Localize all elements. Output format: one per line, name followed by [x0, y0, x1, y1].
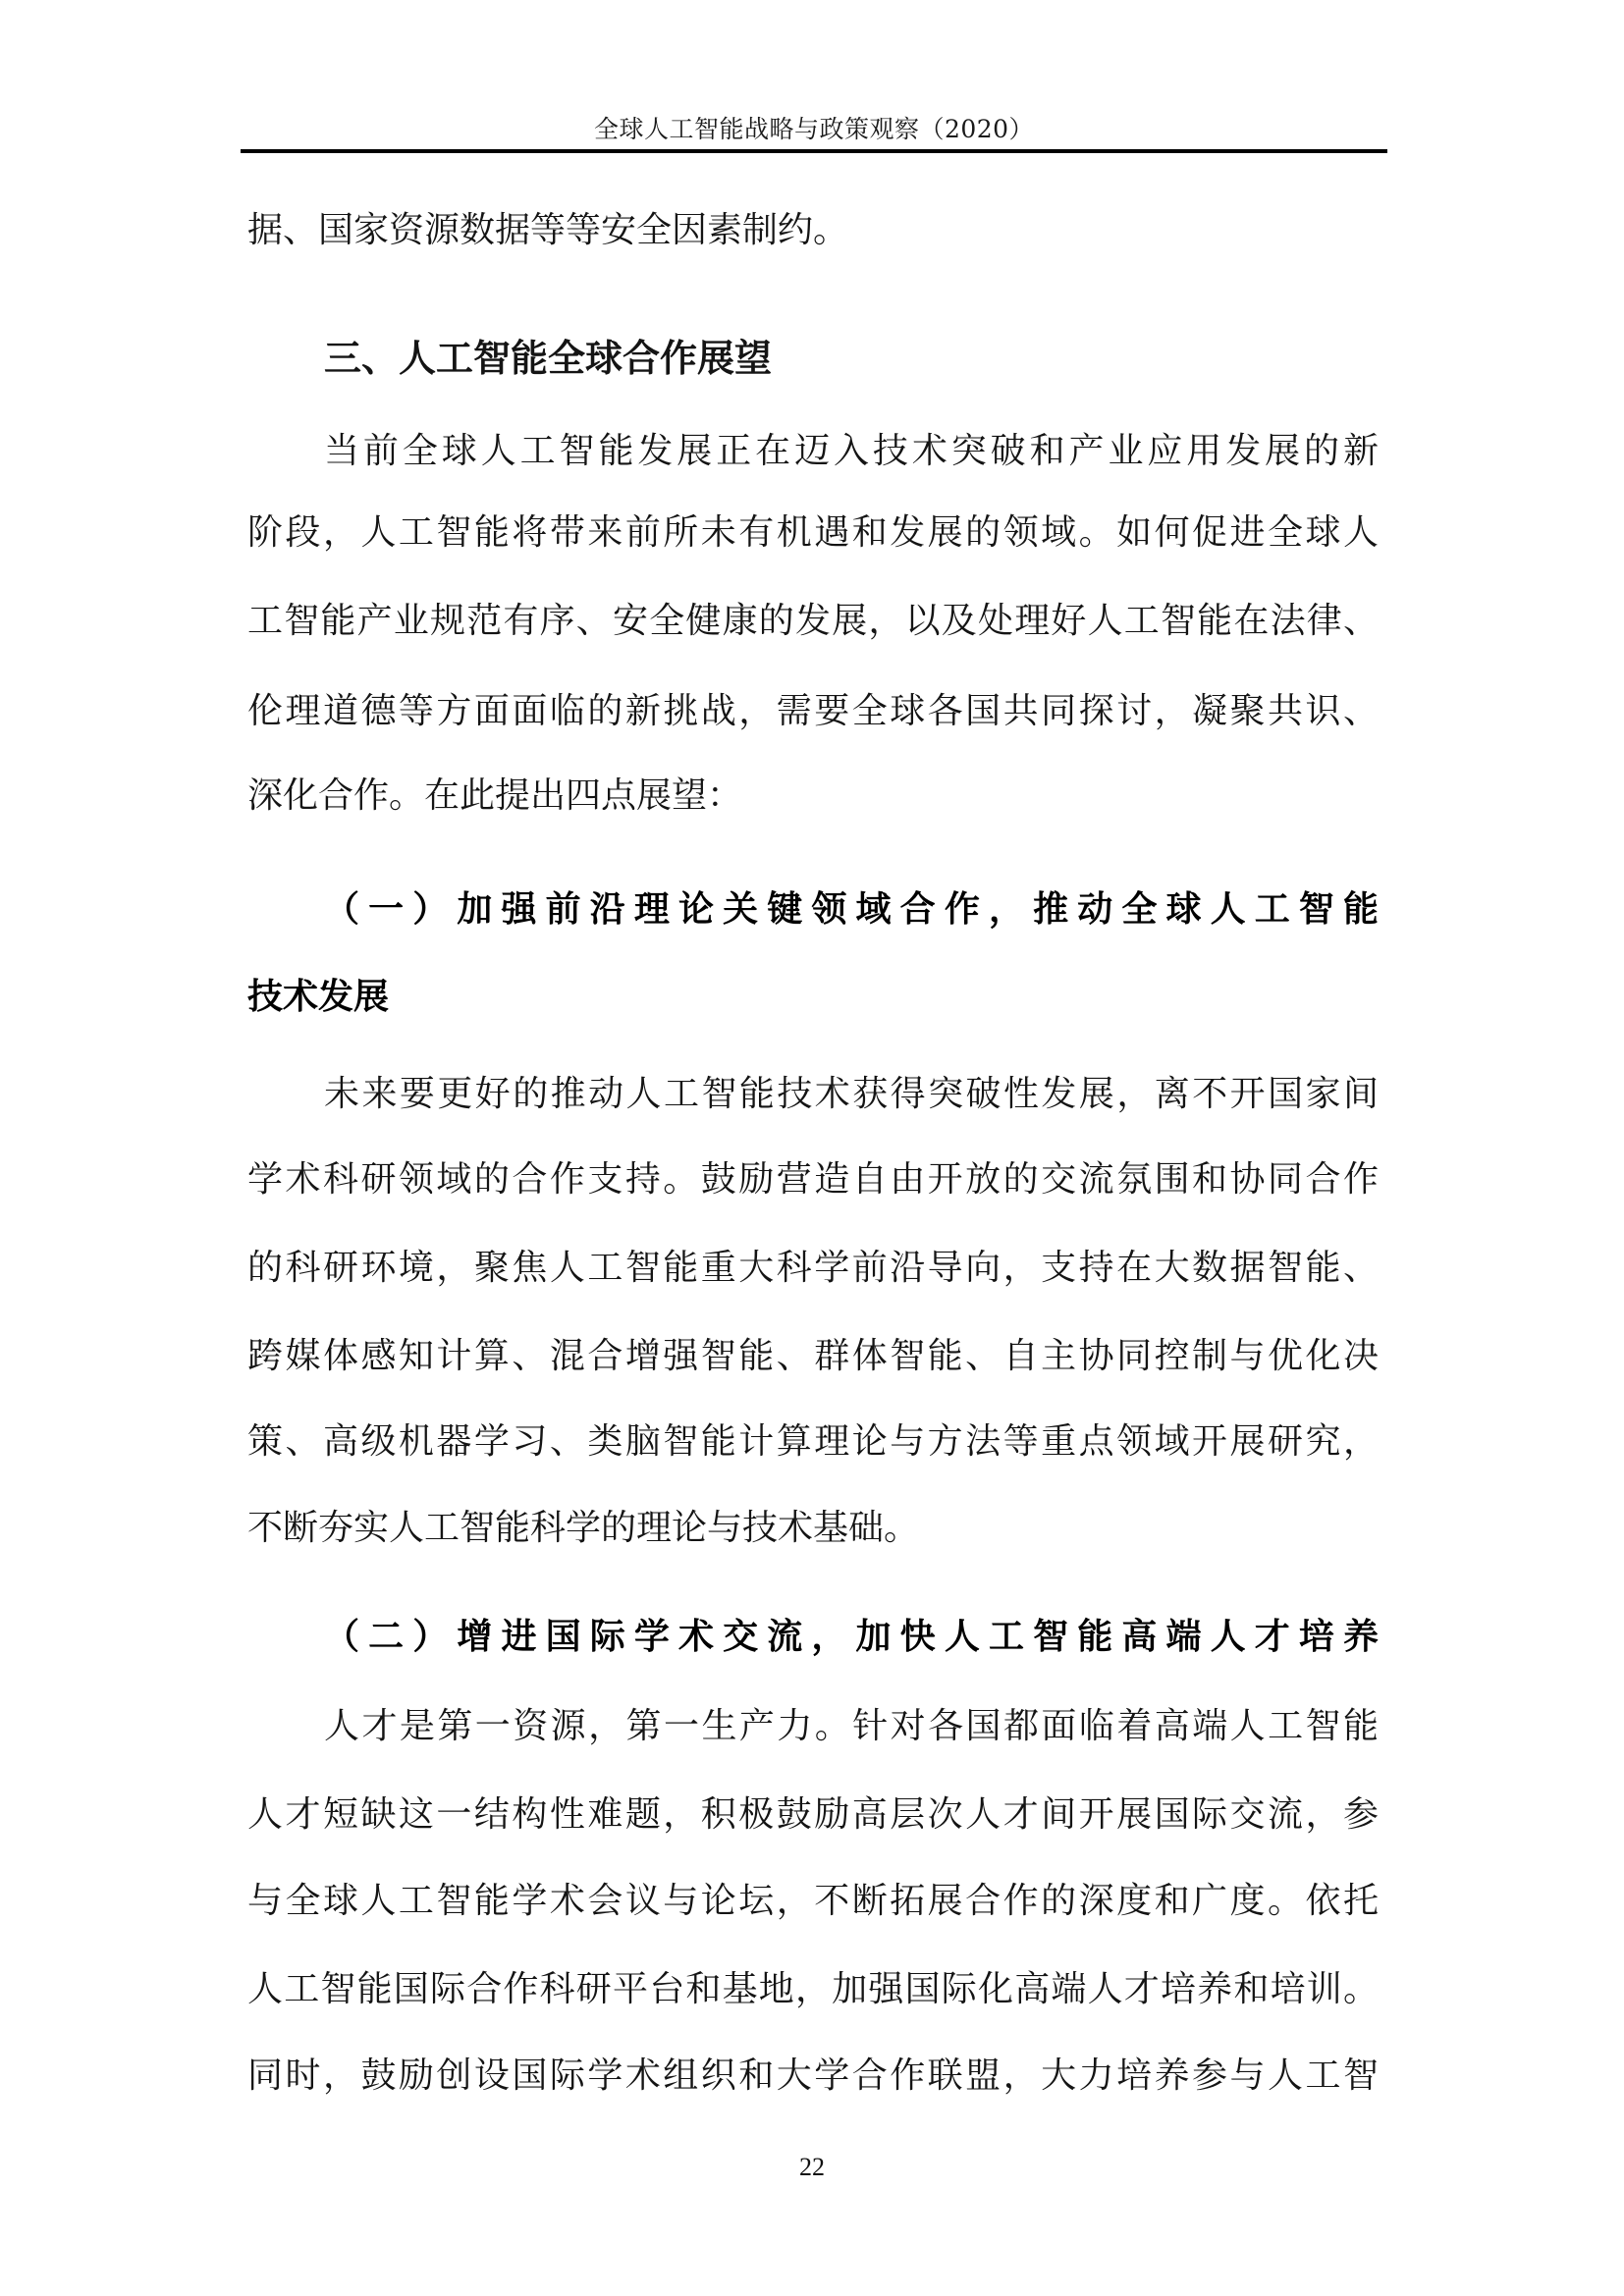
carryover-line: 据、国家资源数据等等安全因素制约。: [247, 201, 1379, 260]
subsection-1-line: 学术科研领域的合作支持。鼓励营造自由开放的交流氛围和协同合作: [247, 1150, 1379, 1209]
subsection-1-line: 跨媒体感知计算、混合增强智能、群体智能、自主协同控制与优化决: [247, 1327, 1379, 1386]
intro-line: 当前全球人工智能发展正在迈入技术突破和产业应用发展的新: [324, 422, 1379, 481]
page-number: 22: [0, 2150, 1624, 2185]
subsection-2-line: 人才是第一资源，第一生产力。针对各国都面临着高端人工智能: [324, 1697, 1379, 1756]
intro-line: 伦理道德等方面面临的新挑战，需要全球各国共同探讨，凝聚共识、: [247, 682, 1379, 741]
subsection-1-line: 的科研环境，聚焦人工智能重大科学前沿导向，支持在大数据智能、: [247, 1239, 1379, 1298]
subsection-2-line: 与全球人工智能学术会议与论坛，不断拓展合作的深度和广度。依托: [247, 1872, 1379, 1931]
intro-line: 工智能产业规范有序、安全健康的发展，以及处理好人工智能在法律、: [247, 592, 1379, 651]
subsection-2-heading: （二）增进国际学术交流，加快人工智能高端人才培养: [324, 1608, 1379, 1667]
page-header-title: 全球人工智能战略与政策观察（2020）: [241, 110, 1387, 149]
subsection-1-line: 策、高级机器学习、类脑智能计算理论与方法等重点领域开展研究，: [247, 1413, 1379, 1471]
section-heading: 三、人工智能全球合作展望: [324, 329, 1379, 388]
intro-line: 深化合作。在此提出四点展望：: [247, 767, 1379, 826]
subsection-2-line: 同时，鼓励创设国际学术组织和大学合作联盟，大力培养参与人工智: [247, 2047, 1379, 2106]
header-rule: [241, 149, 1387, 153]
subsection-1-heading: （一）加强前沿理论关键领域合作，推动全球人工智能: [324, 881, 1379, 939]
subsection-1-line: 未来要更好的推动人工智能技术获得突破性发展，离不开国家间: [324, 1065, 1379, 1124]
subsection-1-heading: 技术发展: [247, 968, 1379, 1027]
subsection-1-line: 不断夯实人工智能科学的理论与技术基础。: [247, 1499, 1379, 1558]
subsection-2-line: 人工智能国际合作科研平台和基地，加强国际化高端人才培养和培训。: [247, 1960, 1379, 2019]
subsection-2-line: 人才短缺这一结构性难题，积极鼓励高层次人才间开展国际交流，参: [247, 1786, 1379, 1844]
intro-line: 阶段，人工智能将带来前所未有机遇和发展的领域。如何促进全球人: [247, 504, 1379, 562]
